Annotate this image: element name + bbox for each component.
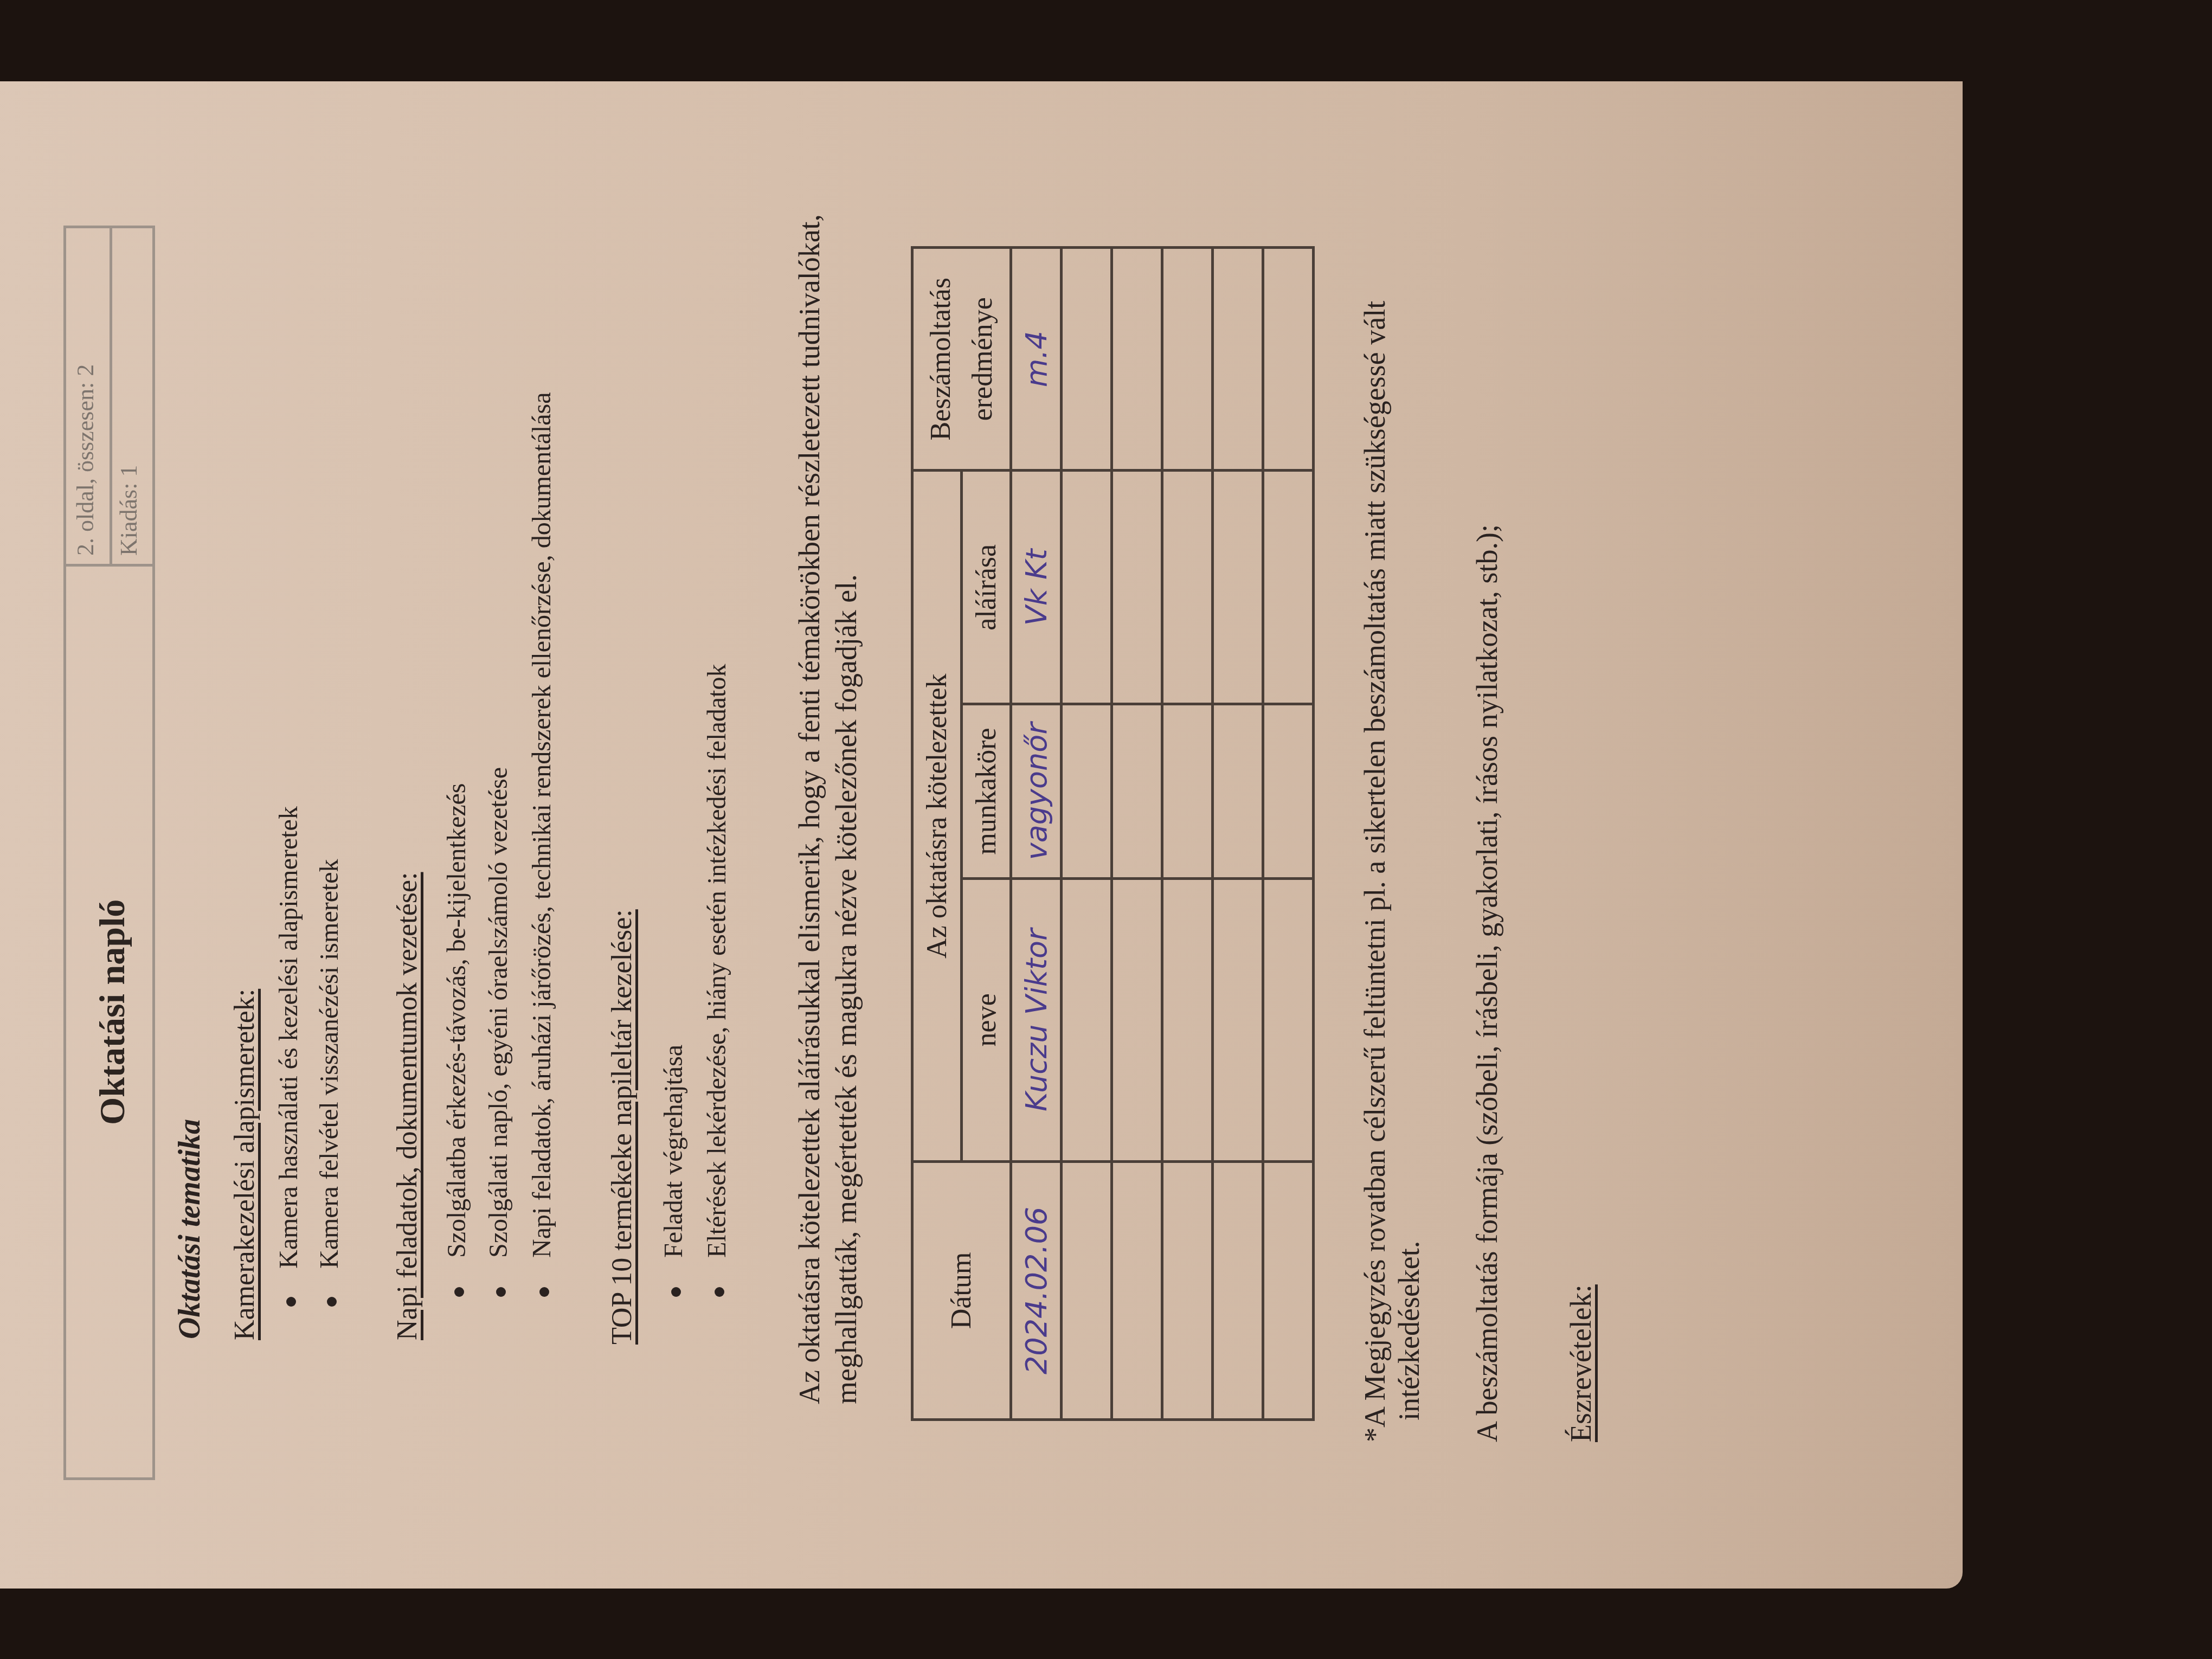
cell-name[interactable]: [1112, 878, 1162, 1161]
cell-result[interactable]: [1213, 248, 1263, 471]
table-row: [1062, 248, 1112, 1420]
topic-heading: Napi feladatok, dokumentumok vezetése:: [391, 872, 423, 1340]
cell-name[interactable]: [1263, 878, 1314, 1161]
topic-item: Kamera felvétel visszanézési ismeretek: [314, 859, 344, 1269]
header-role: munkaköre: [962, 704, 1011, 879]
cell-name[interactable]: [1062, 878, 1112, 1161]
topic-item: Kamera használati és kezelési alapismere…: [274, 806, 304, 1269]
topic-item: Napi feladatok, áruházi járőrözés, techn…: [527, 392, 557, 1258]
bullet-icon: [327, 1297, 337, 1307]
cell-date[interactable]: [1213, 1161, 1263, 1419]
cell-signature[interactable]: [1162, 471, 1213, 704]
bullet-icon: [539, 1287, 549, 1297]
training-log-table: Dátum Az oktatásra kötelezettek Beszámol…: [911, 246, 1315, 1421]
cell-role[interactable]: [1162, 704, 1213, 879]
header-signature: aláírása: [962, 471, 1011, 704]
cell-date[interactable]: [1162, 1161, 1213, 1419]
document-page: Oktatási napló 2. oldal, összesen: 2 Kia…: [0, 0, 1952, 1659]
acknowledgement-line: Az oktatásra kötelezettek aláírásukkal e…: [793, 214, 826, 1404]
topic-item: Szolgálati napló, egyéni óraelszámoló ve…: [484, 767, 513, 1258]
cell-signature[interactable]: [1112, 471, 1162, 704]
cell-role[interactable]: [1213, 704, 1263, 879]
cell-signature[interactable]: [1062, 471, 1112, 704]
topic-heading: Kamerakezelési alapismeretek:: [229, 989, 261, 1340]
cell-signature[interactable]: [1263, 471, 1314, 704]
bullet-icon: [671, 1287, 681, 1297]
topic-item: Eltérések lekérdezése, hiány esetén inté…: [702, 664, 732, 1258]
footnote-line: *A Megjegyzés rovatban célszerű feltünte…: [1358, 301, 1392, 1442]
cell-name[interactable]: [1213, 878, 1263, 1161]
bullet-icon: [715, 1287, 724, 1297]
acknowledgement-line: meghallgatták, megértették és magukra né…: [829, 574, 863, 1404]
cell-date[interactable]: [1263, 1161, 1314, 1419]
header-trainees: Az oktatásra kötelezettek: [912, 471, 962, 1161]
page-number: 2. oldal, összesen: 2: [72, 364, 99, 556]
remarks-label: Észrevételek:: [1564, 1284, 1598, 1442]
topic-item: Feladat végrehajtása: [659, 1045, 689, 1258]
cell-date[interactable]: [1112, 1161, 1162, 1419]
topic-item: Szolgálatba érkezés-távozás, be-kijelent…: [442, 783, 472, 1258]
cell-date[interactable]: 2024.02.06: [1011, 1161, 1062, 1419]
header-meta-divider: [110, 228, 112, 567]
cell-role[interactable]: vagyonőr: [1011, 704, 1062, 879]
cell-result[interactable]: [1112, 248, 1162, 471]
document-title: Oktatási napló: [92, 899, 133, 1125]
cell-signature[interactable]: Vk Kt: [1011, 471, 1062, 704]
cell-result[interactable]: [1263, 248, 1314, 471]
format-note: A beszámoltatás formája (szóbeli, írásbe…: [1470, 524, 1504, 1442]
cell-role[interactable]: [1112, 704, 1162, 879]
table-row: [1112, 248, 1162, 1420]
header-result-line2: eredménye: [967, 249, 999, 469]
cell-result[interactable]: m.4: [1011, 248, 1062, 471]
table-row: [1213, 248, 1263, 1420]
header-result: Beszámoltatás eredménye: [912, 248, 1011, 471]
bullet-icon: [286, 1297, 296, 1307]
table-row: [1263, 248, 1314, 1420]
header-result-line1: Beszámoltatás: [925, 249, 957, 469]
cell-signature[interactable]: [1213, 471, 1263, 704]
table-row: [1162, 248, 1213, 1420]
footnote-line: intézkedéseket.: [1392, 1241, 1426, 1420]
header-date: Dátum: [912, 1161, 1011, 1419]
header-name: neve: [962, 878, 1011, 1161]
cell-result[interactable]: [1062, 248, 1112, 471]
header-box: Oktatási napló 2. oldal, összesen: 2 Kia…: [63, 226, 155, 1480]
cell-result[interactable]: [1162, 248, 1213, 471]
section-title: Oktatási tematika: [172, 1119, 207, 1339]
table-row: 2024.02.06Kuczu ViktorvagyonőrVk Ktm.4: [1011, 248, 1062, 1420]
cell-role[interactable]: [1062, 704, 1112, 879]
edition-number: Kiadás: 1: [115, 465, 143, 556]
cell-name[interactable]: Kuczu Viktor: [1011, 878, 1062, 1161]
cell-role[interactable]: [1263, 704, 1314, 879]
cell-date[interactable]: [1062, 1161, 1112, 1419]
topic-heading: TOP 10 termékeke napileltár kezelése:: [606, 909, 638, 1345]
cell-name[interactable]: [1162, 878, 1213, 1161]
bullet-icon: [454, 1287, 464, 1297]
bullet-icon: [496, 1287, 506, 1297]
